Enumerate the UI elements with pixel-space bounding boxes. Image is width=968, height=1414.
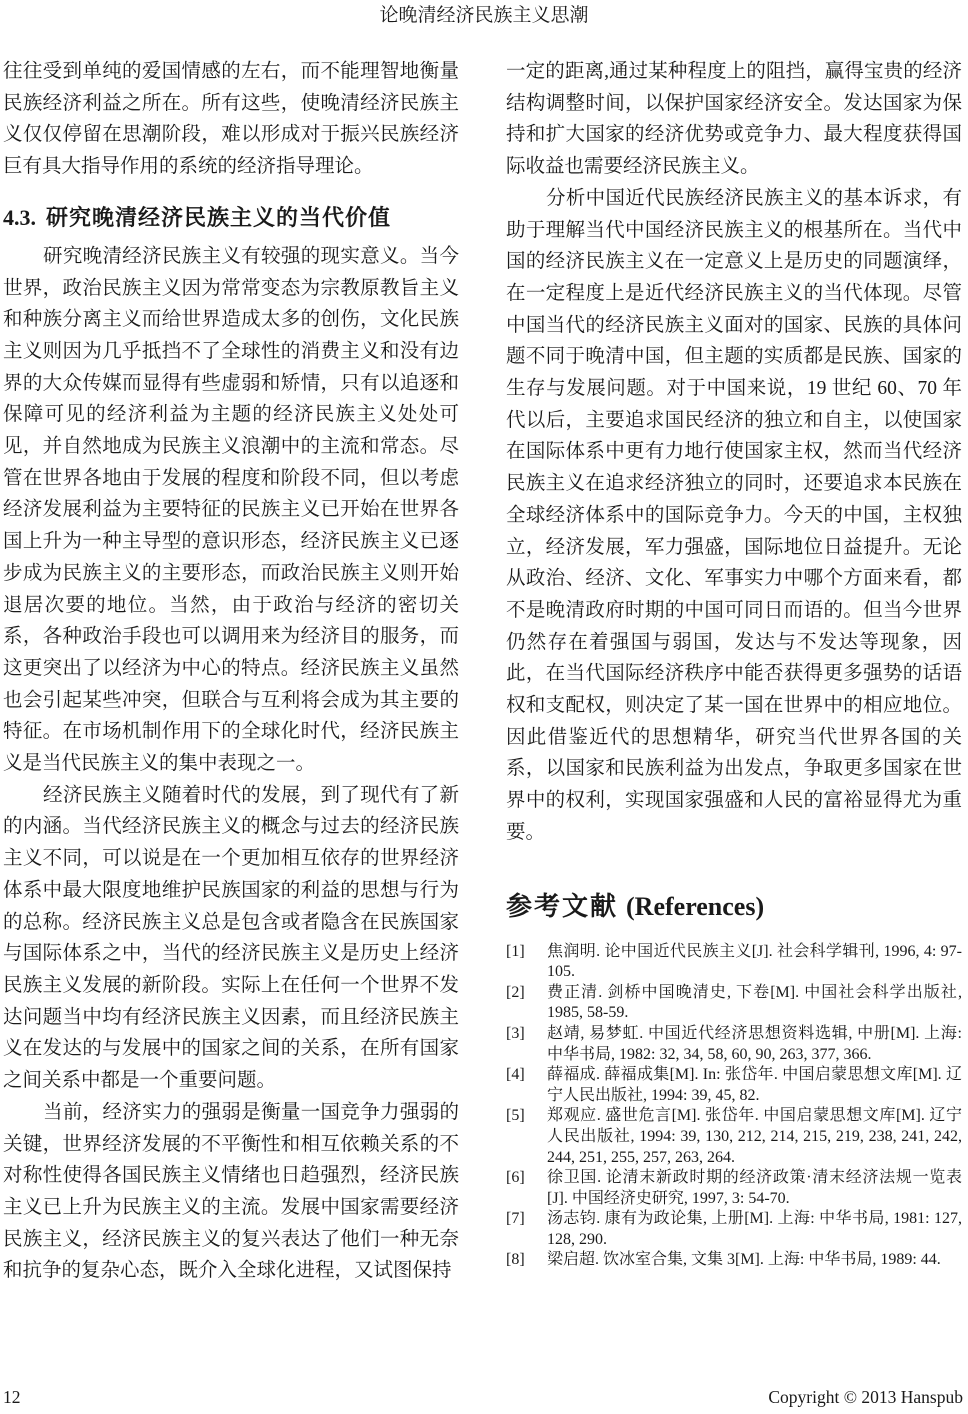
references-heading-zh: 参考文献 [506,891,618,921]
reference-item: [1] 焦润明. 论中国近代民族主义[J]. 社会科学辑刊, 1996, 4: … [506,942,962,983]
reference-item: [5] 郑观应. 盛世危言[M]. 张岱年. 中国启蒙思想文库[M]. 辽宁人民… [506,1106,962,1168]
paragraph-continuation: 一定的距离,通过某种程度上的阻挡，赢得宝贵的经济结构调整时间，以保护国家经济安全… [506,56,962,183]
paragraph: 经济民族主义随着时代的发展，到了现代有了新的内涵。当代经济民族主义的概念与过去的… [3,780,459,1097]
section-heading-4-3: 4.3.研究晚清经济民族主义的当代价值 [3,200,459,235]
reference-number: [5] [506,1106,547,1168]
right-column: 一定的距离,通过某种程度上的阻挡，赢得宝贵的经济结构调整时间，以保护国家经济安全… [506,56,962,1287]
reference-number: [1] [506,942,547,983]
reference-text: 焦润明. 论中国近代民族主义[J]. 社会科学辑刊, 1996, 4: 97-1… [547,942,962,983]
reference-text: 郑观应. 盛世危言[M]. 张岱年. 中国启蒙思想文库[M]. 辽宁人民出版社,… [547,1106,962,1168]
paper-page: 论晚清经济民族主义思潮 往往受到单纯的爱国情感的左右，而不能理智地衡量民族经济利… [0,0,968,1414]
references-heading-en: (References) [626,892,764,921]
section-number: 4.3. [3,205,36,230]
reference-text: 薛福成. 薛福成集[M]. In: 张岱年. 中国启蒙思想文库[M]. 辽宁人民… [547,1065,962,1106]
reference-text: 费正清. 剑桥中国晚清史, 下卷[M]. 中国社会科学出版社, 1985, 58… [547,983,962,1024]
reference-number: [4] [506,1065,547,1106]
reference-item: [7] 汤志钧. 康有为政论集, 上册[M]. 上海: 中华书局, 1981: … [506,1209,962,1250]
left-column: 往往受到单纯的爱国情感的左右，而不能理智地衡量民族经济利益之所在。所有这些，使晚… [3,56,459,1287]
reference-item: [6] 徐卫国. 论清末新政时期的经济政策·清末经济法规一览表[J]. 中国经济… [506,1168,962,1209]
reference-text: 梁启超. 饮冰室合集, 文集 3[M]. 上海: 中华书局, 1989: 44. [547,1250,962,1271]
reference-text: 汤志钧. 康有为政论集, 上册[M]. 上海: 中华书局, 1981: 127,… [547,1209,962,1250]
references-list: [1] 焦润明. 论中国近代民族主义[J]. 社会科学辑刊, 1996, 4: … [506,942,962,1272]
paragraph: 分析中国近代民族经济民族主义的基本诉求，有助于理解当代中国经济民族主义的根基所在… [506,183,962,849]
reference-text: 徐卫国. 论清末新政时期的经济政策·清末经济法规一览表[J]. 中国经济史研究,… [547,1168,962,1209]
paragraph-continuation: 往往受到单纯的爱国情感的左右，而不能理智地衡量民族经济利益之所在。所有这些，使晚… [3,56,459,183]
reference-number: [8] [506,1250,547,1271]
copyright-notice: Copyright © 2013 Hanspub [768,1388,963,1406]
reference-item: [3] 赵靖, 易梦虹. 中国近代经济思想资料选辑, 中册[M]. 上海: 中华… [506,1024,962,1065]
page-number: 12 [3,1388,21,1406]
reference-item: [4] 薛福成. 薛福成集[M]. In: 张岱年. 中国启蒙思想文库[M]. … [506,1065,962,1106]
reference-number: [3] [506,1024,547,1065]
paragraph: 研究晚清经济民族主义有较强的现实意义。当今世界，政治民族主义因为常常变态为宗教原… [3,241,459,780]
reference-text: 赵靖, 易梦虹. 中国近代经济思想资料选辑, 中册[M]. 上海: 中华书局, … [547,1024,962,1065]
reference-number: [7] [506,1209,547,1250]
running-title: 论晚清经济民族主义思潮 [0,4,968,28]
references-heading: 参考文献(References) [506,889,962,924]
reference-number: [2] [506,983,547,1024]
two-column-body: 往往受到单纯的爱国情感的左右，而不能理智地衡量民族经济利益之所在。所有这些，使晚… [3,56,962,1287]
section-title: 研究晚清经济民族主义的当代价值 [46,205,391,230]
reference-item: [2] 费正清. 剑桥中国晚清史, 下卷[M]. 中国社会科学出版社, 1985… [506,983,962,1024]
reference-item: [8] 梁启超. 饮冰室合集, 文集 3[M]. 上海: 中华书局, 1989:… [506,1250,962,1271]
reference-number: [6] [506,1168,547,1209]
paragraph: 当前，经济实力的强弱是衡量一国竞争力强弱的关键，世界经济发展的不平衡性和相互依赖… [3,1097,459,1287]
